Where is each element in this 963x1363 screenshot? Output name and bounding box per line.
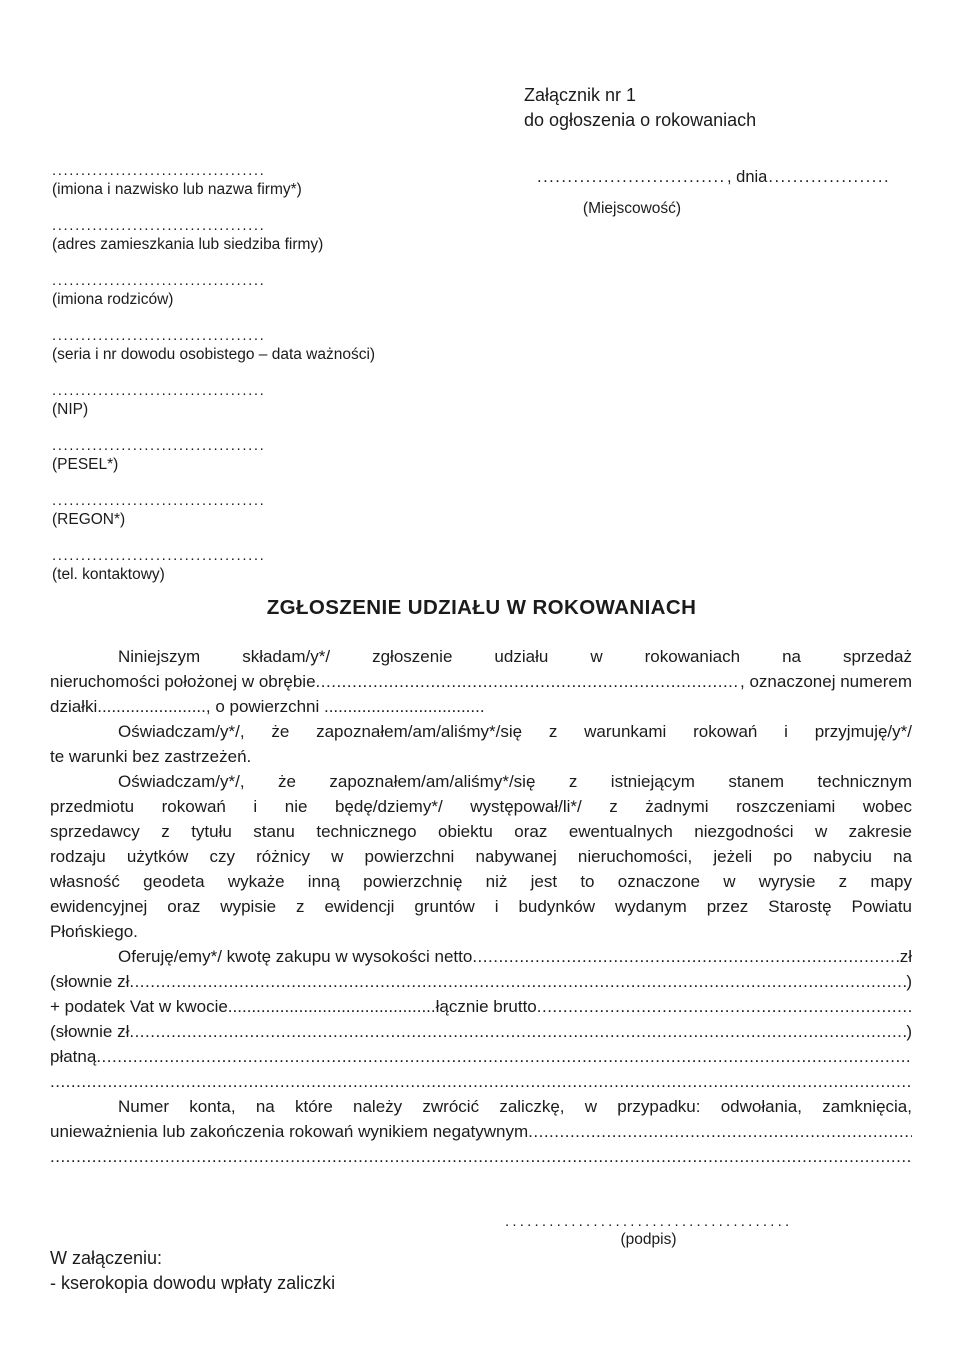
document-page: Załącznik nr 1 do ogłoszenia o rokowania… (0, 0, 963, 1363)
field-phone-label: (tel. kontaktowy) (52, 566, 452, 584)
slownie-netto-line: (słownie zł ............................… (50, 969, 912, 994)
vat-brutto-line: + podatek Vat w kwocie..................… (50, 994, 912, 1019)
account-line2: unieważnienia lub zakończenia rokowań wy… (50, 1119, 912, 1144)
slownie-netto-close: ) (906, 969, 912, 994)
attachment-note-line2: do ogłoszenia o rokowaniach (524, 108, 756, 133)
field-nip: ........................................… (52, 382, 452, 437)
field-pesel: ........................................… (52, 437, 452, 492)
paragraph3-line2: przedmiotu rokowań i nie będę/dziemy*/ w… (50, 794, 912, 819)
offer-netto-dots: ........................................… (472, 944, 899, 969)
paragraph1-line2-suffix: , oznaczonej numerem (740, 669, 912, 694)
field-parents-label: (imiona rodziców) (52, 291, 452, 309)
slownie-netto-dots: ........................................… (129, 969, 906, 994)
dateline: ........................................… (537, 168, 888, 218)
field-parents-dots: ........................................… (52, 272, 264, 290)
date-blank-dots: ........................................… (768, 168, 888, 187)
applicant-fields: ........................................… (52, 162, 452, 602)
offer-netto-currency: zł (900, 944, 912, 969)
paragraph3-line7: Płońskiego. (50, 919, 912, 944)
slownie-netto-text: (słownie zł (50, 969, 129, 994)
slownie-brutto-dots: ........................................… (129, 1019, 906, 1044)
field-nip-label: (NIP) (52, 401, 452, 419)
attachment-note-line1: Załącznik nr 1 (524, 83, 756, 108)
signature-caption: (podpis) (505, 1231, 792, 1248)
platna-continuation-dots: ........................................… (50, 1069, 912, 1094)
attachments-heading: W załączeniu: (50, 1246, 335, 1271)
paragraph1-line2-text: nieruchomości położonej w obrębie (50, 669, 316, 694)
place-caption: (Miejscowość) (537, 200, 727, 218)
signature-block: ........................................… (505, 1213, 792, 1248)
vat-brutto-text: + podatek Vat w kwocie..................… (50, 994, 537, 1019)
field-address-dots: ........................................… (52, 217, 264, 235)
paragraph2-line1: Oświadczam/y*/, że zapoznałem/am/aliśmy*… (50, 719, 912, 744)
account-number-dots: ........................................… (528, 1119, 912, 1144)
paragraph3-line1: Oświadczam/y*/, że zapoznałem/am/aliśmy*… (50, 769, 912, 794)
field-pesel-label: (PESEL*) (52, 456, 452, 474)
field-address-label: (adres zamieszkania lub siedziba firmy) (52, 236, 452, 254)
paragraph3-line3: sprzedawcy z tytułu stanu technicznego o… (50, 819, 912, 844)
paragraph1-line1: Niniejszym składam/y*/ zgłoszenie udział… (50, 644, 912, 669)
paragraph3-line5: własność geodeta wykaże inną powierzchni… (50, 869, 912, 894)
attachments-item: - kserokopia dowodu wpłaty zaliczki (50, 1271, 335, 1296)
offer-netto-line: Oferuję/emy*/ kwotę zakupu w wysokości n… (50, 944, 912, 969)
field-nip-dots: ........................................… (52, 382, 264, 400)
brutto-dots: ........................................… (537, 994, 912, 1019)
field-name-dots: ........................................… (52, 162, 264, 180)
offer-netto-text: Oferuję/emy*/ kwotę zakupu w wysokości n… (118, 944, 472, 969)
slownie-brutto-close: ) (906, 1019, 912, 1044)
paragraph1-line3: działki......................., o powier… (50, 694, 912, 719)
field-name-label: (imiona i nazwisko lub nazwa firmy*) (52, 181, 452, 199)
platna-dots: ........................................… (96, 1044, 912, 1069)
field-phone-dots: ........................................… (52, 547, 264, 565)
field-id-document-label: (seria i nr dowodu osobistego – data waż… (52, 346, 452, 364)
platna-text: płatną (50, 1044, 96, 1069)
slownie-brutto-line: (słownie zł ............................… (50, 1019, 912, 1044)
signature-dots: ........................................… (505, 1213, 792, 1230)
platna-line: płatną .................................… (50, 1044, 912, 1069)
account-continuation-dots: ........................................… (50, 1144, 912, 1169)
field-id-document: ........................................… (52, 327, 452, 382)
attachment-note: Załącznik nr 1 do ogłoszenia o rokowania… (524, 83, 756, 133)
attachments-footer: W załączeniu: - kserokopia dowodu wpłaty… (50, 1246, 335, 1296)
field-regon-dots: ........................................… (52, 492, 264, 510)
platna-continuation-line: ........................................… (50, 1069, 912, 1094)
field-pesel-dots: ........................................… (52, 437, 264, 455)
field-id-document-dots: ........................................… (52, 327, 264, 345)
paragraph3-line4: rodzaju użytków czy różnicy w powierzchn… (50, 844, 912, 869)
paragraph3-line6: ewidencyjnej oraz wypisie z ewidencji gr… (50, 894, 912, 919)
place-blank-dots: ........................................… (537, 168, 727, 187)
obreb-blank-dots: ........................................… (316, 669, 740, 694)
field-regon-label: (REGON*) (52, 511, 452, 529)
dnia-label: , dnia (727, 168, 768, 187)
dateline-row: ........................................… (537, 168, 888, 187)
field-regon: ........................................… (52, 492, 452, 547)
account-line1: Numer konta, na które należy zwrócić zal… (50, 1094, 912, 1119)
document-body: Niniejszym składam/y*/ zgłoszenie udział… (50, 644, 912, 1169)
paragraph1-line2: nieruchomości położonej w obrębie ......… (50, 669, 912, 694)
account-continuation-line: ........................................… (50, 1144, 912, 1169)
account-line2-text: unieważnienia lub zakończenia rokowań wy… (50, 1119, 528, 1144)
field-address: ........................................… (52, 217, 452, 272)
slownie-brutto-text: (słownie zł (50, 1019, 129, 1044)
paragraph2-line2: te warunki bez zastrzeżeń. (50, 744, 912, 769)
field-name: ........................................… (52, 162, 452, 217)
page-title: ZGŁOSZENIE UDZIAŁU W ROKOWANIACH (0, 596, 963, 620)
field-phone: ........................................… (52, 547, 452, 602)
field-parents: ........................................… (52, 272, 452, 327)
